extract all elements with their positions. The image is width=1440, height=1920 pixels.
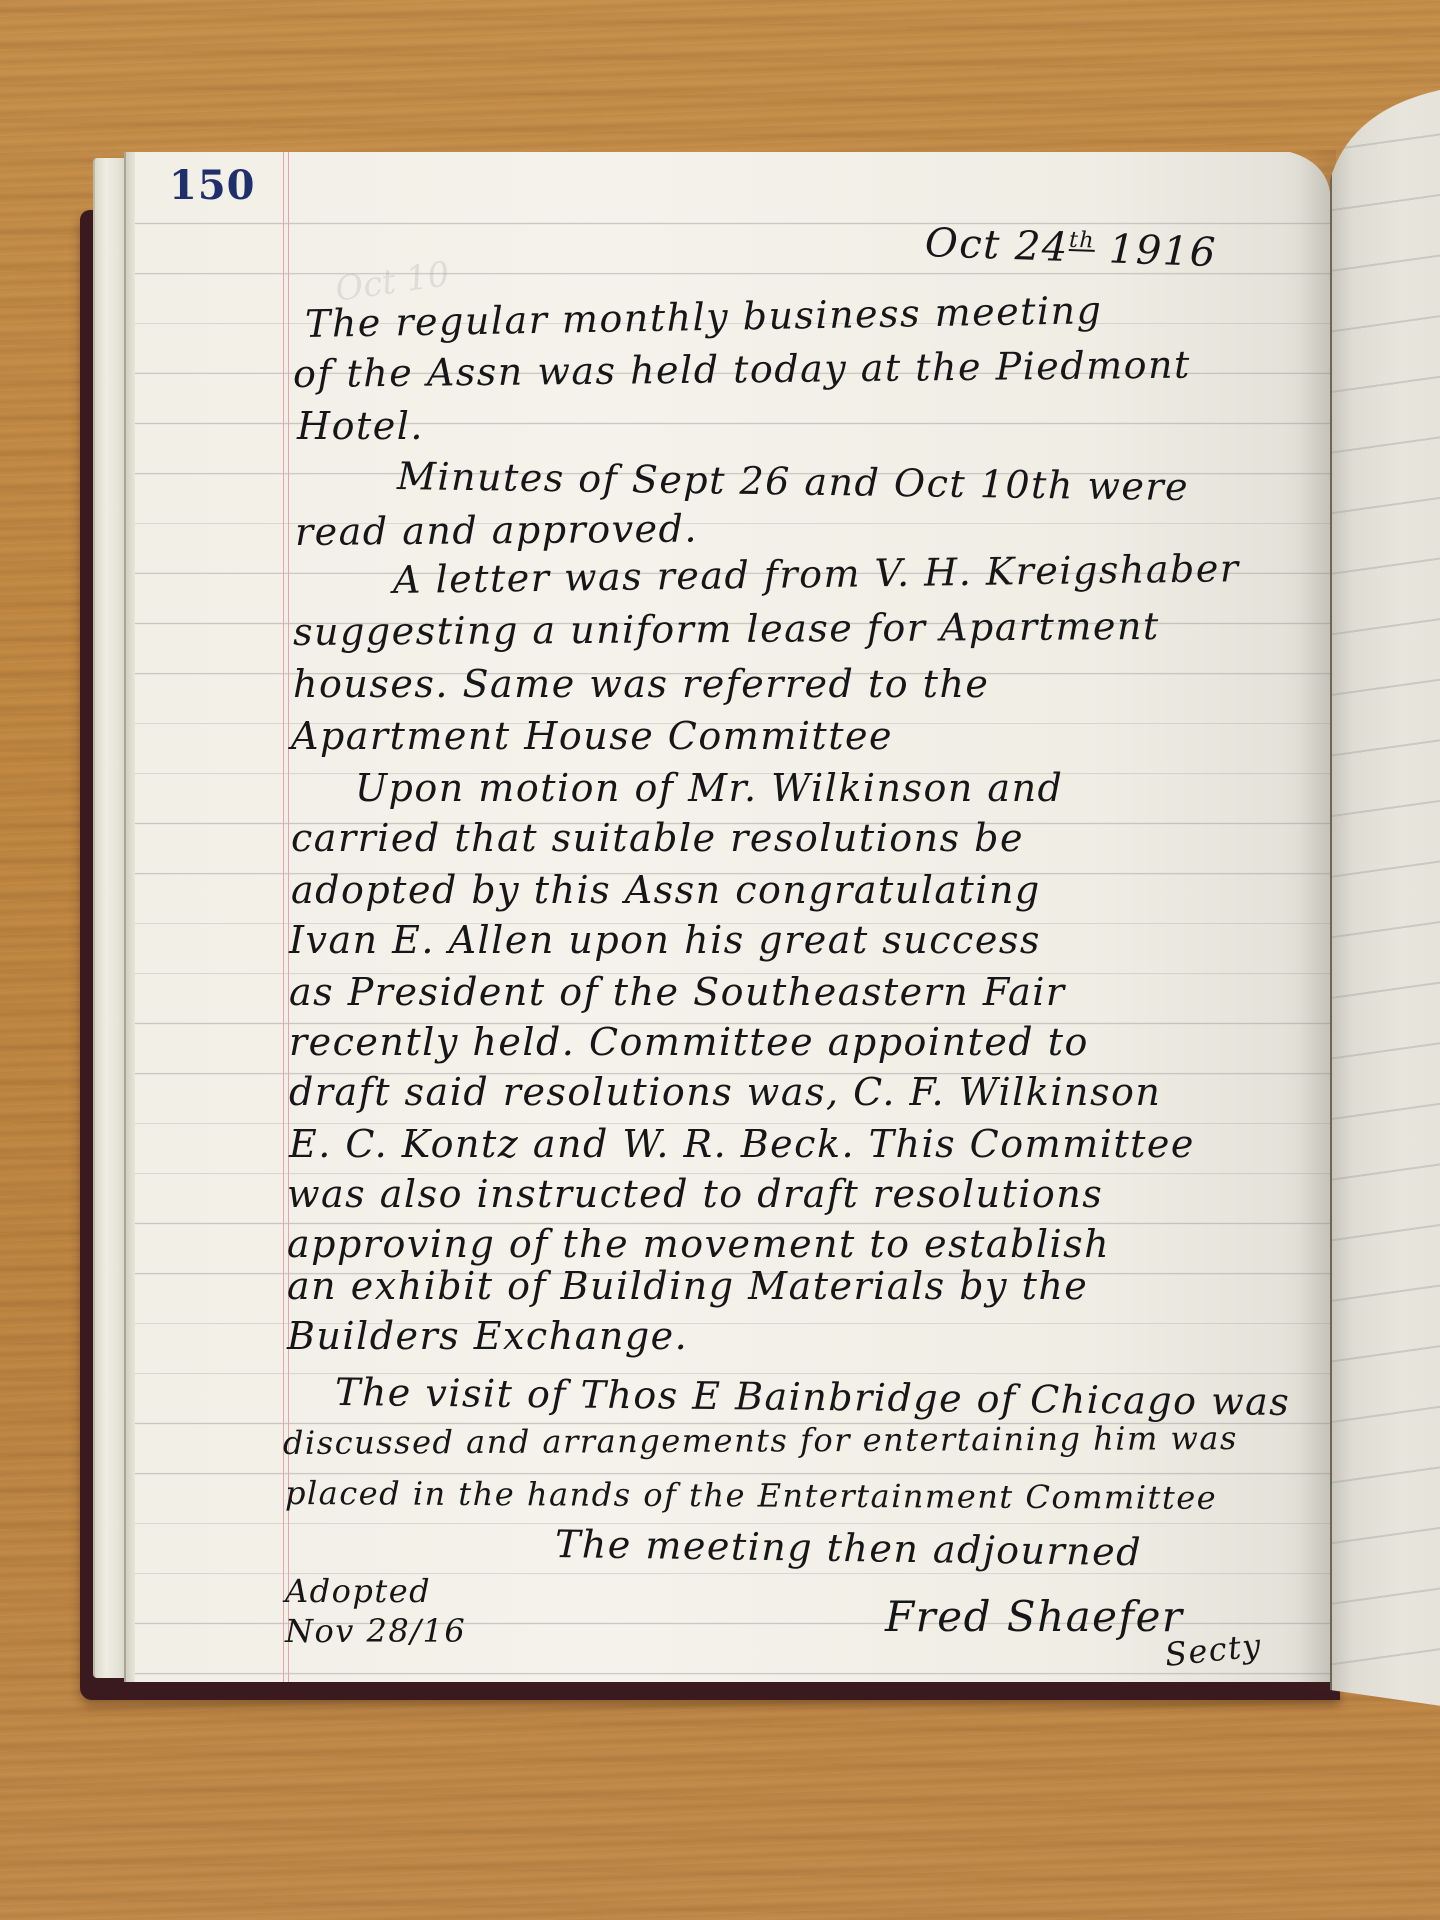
ledger-page: 150 Oct 10 Oct 24th 1916 The regular mon…	[135, 152, 1330, 1682]
minutes-line: recently held. Committee appointed to	[289, 1020, 1089, 1064]
signature-name: Fred Shaefer	[885, 1592, 1184, 1641]
date-suffix: th	[1069, 228, 1096, 254]
minutes-line: as President of the Southeastern Fair	[289, 970, 1066, 1014]
facing-page-edge	[1330, 90, 1440, 1710]
minutes-line: E. C. Kontz and W. R. Beck. This Committ…	[289, 1122, 1195, 1166]
minutes-line: houses. Same was referred to the	[293, 662, 989, 706]
minutes-line: Ivan E. Allen upon his great success	[289, 918, 1041, 962]
date-year: 1916	[1108, 226, 1217, 276]
date-month-day: Oct 24	[924, 220, 1069, 271]
adjournment-line: The meeting then adjourned	[555, 1522, 1143, 1574]
minutes-line: of the Assn was held today at the Piedmo…	[293, 343, 1191, 396]
minutes-line: read and approved.	[295, 506, 698, 554]
minutes-line: was also instructed to draft resolutions	[287, 1172, 1103, 1216]
minutes-line: suggesting a uniform lease for Apartment	[293, 604, 1160, 654]
minutes-line: an exhibit of Building Materials by the	[287, 1264, 1088, 1308]
minutes-line: Builders Exchange.	[287, 1314, 688, 1358]
minutes-line: Upon motion of Mr. Wilkinson and	[355, 766, 1063, 810]
minutes-line: carried that suitable resolutions be	[291, 816, 1024, 860]
adopted-date: Nov 28/16	[285, 1612, 466, 1650]
adopted-label: Adopted	[285, 1572, 431, 1610]
minutes-line: adopted by this Assn congratulating	[291, 868, 1041, 912]
minutes-line: discussed and arrangements for entertain…	[283, 1419, 1238, 1462]
minutes-line: Apartment House Committee	[291, 714, 893, 758]
minutes-line: Hotel.	[297, 404, 424, 448]
page-number: 150	[169, 162, 256, 209]
minutes-line: draft said resolutions was, C. F. Wilkin…	[289, 1070, 1161, 1114]
facing-page-rules	[1332, 90, 1440, 1710]
minutes-line: approving of the movement to establish	[287, 1222, 1110, 1266]
minutes-line: placed in the hands of the Entertainment…	[285, 1474, 1217, 1517]
